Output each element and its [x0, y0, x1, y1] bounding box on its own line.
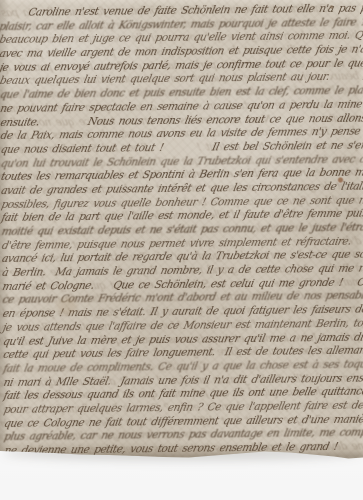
- scanned-letter-photo: Caroline n'est venue de faite Schönlein …: [0, 0, 363, 500]
- handwriting-layer: Caroline n'est venue de faite Schönlein …: [0, 3, 363, 459]
- letter-page: Caroline n'est venue de faite Schönlein …: [0, 0, 363, 500]
